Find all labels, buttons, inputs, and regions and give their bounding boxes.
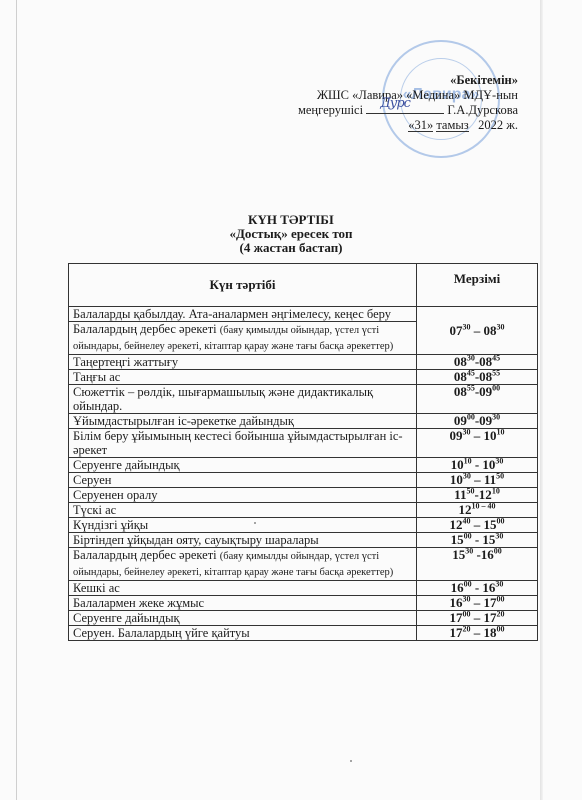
time-from-minutes: 45 (467, 369, 475, 378)
activity-cell: Таңғы ас (69, 370, 417, 385)
table-row: Ұйымдастырылған іс-әрекетке дайындық0900… (69, 414, 538, 429)
header-time: Мерзімі (417, 264, 538, 307)
time-from-minutes: 00 (464, 580, 472, 589)
activity-cell: Серуенен оралу (69, 488, 417, 503)
time-from-minutes: 10 – 40 (472, 502, 496, 511)
activity-cell: Күндізгі ұйқы (69, 518, 417, 533)
activity-text: Білім беру ұйымының кестесі бойынша ұйым… (73, 429, 403, 457)
schedule-table: Күн тәртібі Мерзімі Балаларды қабылдау. … (68, 263, 538, 641)
table-row: Серуен. Балалардың үйге қайтуы1720 – 180… (69, 626, 538, 641)
activity-cell: Ұйымдастырылған іс-әрекетке дайындық (69, 414, 417, 429)
time-from-minutes: 55 (467, 384, 475, 393)
approval-signatory: меңгерушісі Дурс Г.А.Дурскова (298, 102, 518, 118)
time-cell: 0930 – 1010 (417, 429, 538, 458)
time-cell: 1630 – 1700 (417, 596, 538, 611)
scan-edge-right (540, 0, 543, 800)
activity-cell: Білім беру ұйымының кестесі бойынша ұйым… (69, 429, 417, 458)
scan-speck (254, 522, 256, 524)
time-cell: 1600 - 1630 (417, 581, 538, 596)
time-to-minutes: 30 (495, 580, 503, 589)
table-row: Серуенен оралу1150-1210 (69, 488, 538, 503)
time-to-minutes: 30 (495, 457, 503, 466)
signature-line: Дурс (366, 102, 444, 114)
time-to-minutes: 00 (492, 384, 500, 393)
time-to-minutes: 45 (492, 354, 500, 363)
time-to-minutes: 50 (496, 472, 504, 481)
activity-text: Балалардың дербес әрекеті (73, 548, 220, 562)
time-to-minutes: 55 (492, 369, 500, 378)
activity-cell: Серуенге дайындық (69, 458, 417, 473)
time-to-minutes: 20 (497, 610, 505, 619)
time-cell: 1530 -1600 (417, 548, 538, 581)
table-row: Серуен1030 – 1150 (69, 473, 538, 488)
time-to-minutes: 30 (497, 322, 505, 331)
time-from-minutes: 10 (464, 457, 472, 466)
scan-speck (350, 760, 352, 762)
time-from-minutes: 50 (466, 487, 474, 496)
approval-name: Г.А.Дурскова (447, 103, 518, 117)
time-cell: 1150-1210 (417, 488, 538, 503)
time-to-minutes: 00 (497, 517, 505, 526)
time-cell: 1030 – 1150 (417, 473, 538, 488)
time-cell: 0730 – 0830 (417, 307, 538, 355)
time-to-minutes: 00 (497, 595, 505, 604)
activity-text: Сюжеттік – рөлдік, шығармашылық және дид… (73, 385, 373, 413)
activity-cell: Серуенге дайындық (69, 611, 417, 626)
table-row: Таңертеңгі жаттығу0830-0845 (69, 355, 538, 370)
time-cell: 1240 – 1500 (417, 518, 538, 533)
header-activity: Күн тәртібі (69, 264, 417, 307)
activity-text: Серуен (73, 473, 111, 487)
signature: Дурс (380, 97, 410, 112)
activity-text: Түскі ас (73, 503, 116, 517)
activity-text: Ұйымдастырылған іс-әрекетке дайындық (73, 414, 294, 428)
time-to-minutes: 00 (494, 547, 502, 556)
table-header-row: Күн тәртібі Мерзімі (69, 264, 538, 307)
time-cell: 1700 – 1720 (417, 611, 538, 626)
activity-text: Таңертеңгі жаттығу (73, 355, 178, 369)
activity-text: Серуенге дайындық (73, 611, 180, 625)
table-row: Балалардың дербес әрекеті (баяу қимылды … (69, 548, 538, 581)
date-month: тамыз (436, 119, 468, 132)
activity-cell: Балаларды қабылдау. Ата-аналармен әңгіме… (69, 307, 417, 322)
table-row: Серуенге дайындық1700 – 1720 (69, 611, 538, 626)
activity-cell: Балалардың дербес әрекеті (баяу қимылды … (69, 322, 417, 355)
table-row: Күндізгі ұйқы1240 – 1500 (69, 518, 538, 533)
time-from-minutes: 30 (465, 547, 473, 556)
time-to-minutes: 30 (492, 413, 500, 422)
approval-role: меңгерушісі (298, 103, 363, 117)
time-to-minutes: 10 (492, 487, 500, 496)
time-cell: 0845-0855 (417, 370, 538, 385)
activity-text: Балалардың дербес әрекеті (73, 322, 220, 336)
activity-cell: Балалардың дербес әрекеті (баяу қимылды … (69, 548, 417, 581)
activity-text: Балаларды қабылдау. Ата-аналармен әңгіме… (73, 307, 391, 321)
document-title: КҮН ТӘРТІБІ «Достық» ересек топ (4 жаста… (0, 213, 582, 255)
time-cell: 1210 – 40 (417, 503, 538, 518)
time-cell: 0900-0930 (417, 414, 538, 429)
scan-edge-left (16, 0, 17, 800)
table-row: Балаларды қабылдау. Ата-аналармен әңгіме… (69, 307, 538, 322)
approval-heading: «Бекітемін» (298, 73, 518, 88)
activity-cell: Балалармен жеке жұмыс (69, 596, 417, 611)
activity-text: Балалармен жеке жұмыс (73, 596, 204, 610)
activity-cell: Сюжеттік – рөлдік, шығармашылық және дид… (69, 385, 417, 414)
table-row: Кешкі ас1600 - 1630 (69, 581, 538, 596)
activity-text: Біртіндеп ұйқыдан ояту, сауықтыру шарала… (73, 533, 319, 547)
table-row: Серуенге дайындық1010 - 1030 (69, 458, 538, 473)
table-row: Білім беру ұйымының кестесі бойынша ұйым… (69, 429, 538, 458)
time-from-minutes: 00 (464, 532, 472, 541)
table-row: Таңғы ас0845-0855 (69, 370, 538, 385)
activity-text: Серуенен оралу (73, 488, 157, 502)
activity-text: Таңғы ас (73, 370, 120, 384)
time-from-minutes: 30 (463, 472, 471, 481)
schedule-body: Балаларды қабылдау. Ата-аналармен әңгіме… (69, 307, 538, 641)
time-to-minutes: 00 (497, 625, 505, 634)
time-from-minutes: 30 (463, 428, 471, 437)
activity-text: Серуен. Балалардың үйге қайтуы (73, 626, 250, 640)
activity-text: Кешкі ас (73, 581, 120, 595)
time-cell: 1720 – 1800 (417, 626, 538, 641)
date-day: «31» (408, 119, 433, 132)
title-line-1: КҮН ТӘРТІБІ (0, 213, 582, 227)
time-from-minutes: 40 (463, 517, 471, 526)
table-row: Балалармен жеке жұмыс1630 – 1700 (69, 596, 538, 611)
time-from-minutes: 00 (467, 413, 475, 422)
activity-cell: Кешкі ас (69, 581, 417, 596)
title-line-2: «Достық» ересек топ (0, 227, 582, 241)
table-row: Біртіндеп ұйқыдан ояту, сауықтыру шарала… (69, 533, 538, 548)
approval-date: «31» тамыз 2022 ж. (298, 118, 518, 133)
activity-cell: Серуен (69, 473, 417, 488)
time-from-minutes: 30 (463, 322, 471, 331)
activity-text: Серуенге дайындық (73, 458, 180, 472)
approval-block: «Бекітемін» ЖШС «Лавира» «Медина» МДҰ-ны… (298, 73, 518, 132)
time-from-minutes: 30 (467, 354, 475, 363)
time-cell: 1010 - 1030 (417, 458, 538, 473)
time-cell: 0830-0845 (417, 355, 538, 370)
table-row: Түскі ас1210 – 40 (69, 503, 538, 518)
time-cell: 1500 - 1530 (417, 533, 538, 548)
activity-cell: Біртіндеп ұйқыдан ояту, сауықтыру шарала… (69, 533, 417, 548)
title-line-3: (4 жастан бастап) (0, 241, 582, 255)
time-from-minutes: 20 (463, 625, 471, 634)
time-to-minutes: 30 (495, 532, 503, 541)
date-year: 2022 ж. (478, 118, 518, 132)
time-from-minutes: 00 (463, 610, 471, 619)
activity-cell: Таңертеңгі жаттығу (69, 355, 417, 370)
activity-cell: Серуен. Балалардың үйге қайтуы (69, 626, 417, 641)
time-to-minutes: 10 (497, 428, 505, 437)
activity-text: Күндізгі ұйқы (73, 518, 148, 532)
time-from-minutes: 30 (463, 595, 471, 604)
time-cell: 0855-0900 (417, 385, 538, 414)
table-row: Сюжеттік – рөлдік, шығармашылық және дид… (69, 385, 538, 414)
activity-cell: Түскі ас (69, 503, 417, 518)
